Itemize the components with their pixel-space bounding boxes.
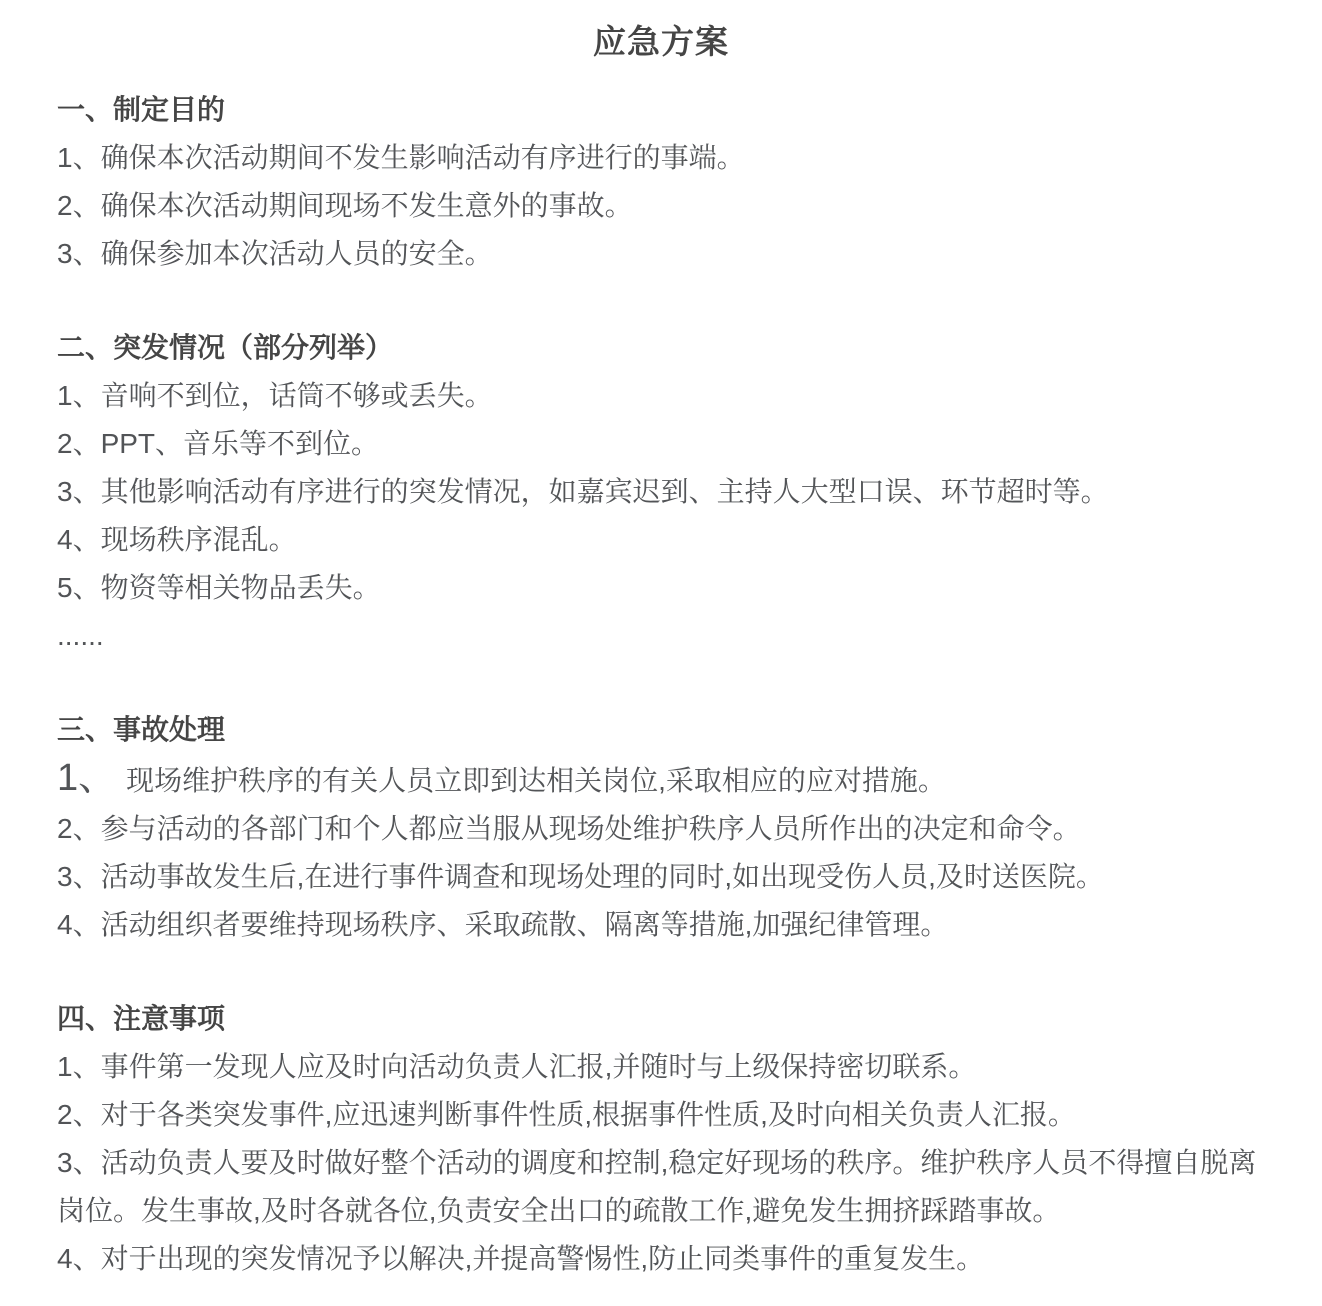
- section-accident-handling: 三、事故处理 1、现场维护秩序的有关人员立即到达相关岗位,采取相应的应对措施。 …: [57, 706, 1265, 949]
- list-item: 1、音响不到位，话筒不够或丢失。: [57, 372, 1265, 420]
- list-item: 2、确保本次活动期间现场不发生意外的事故。: [57, 182, 1265, 230]
- list-item: 3、活动负责人要及时做好整个活动的调度和控制,稳定好现场的秩序。维护秩序人员不得…: [57, 1139, 1265, 1235]
- list-item: 3、活动事故发生后,在进行事件调查和现场处理的同时,如出现受伤人员,及时送医院。: [57, 853, 1265, 901]
- section-precautions: 四、注意事项 1、事件第一发现人应及时向活动负责人汇报,并随时与上级保持密切联系…: [57, 995, 1265, 1283]
- list-item: 2、参与活动的各部门和个人都应当服从现场处维护秩序人员所作出的决定和命令。: [57, 805, 1265, 853]
- document: 应急方案 一、制定目的 1、确保本次活动期间不发生影响活动有序进行的事端。 2、…: [0, 0, 1322, 1306]
- doc-title: 应急方案: [57, 20, 1265, 64]
- list-item: 2、PPT、音乐等不到位。: [57, 420, 1265, 468]
- section-emergencies: 二、突发情况（部分列举） 1、音响不到位，话筒不够或丢失。 2、PPT、音乐等不…: [57, 324, 1265, 660]
- list-item: 3、其他影响活动有序进行的突发情况，如嘉宾迟到、主持人大型口误、环节超时等。: [57, 468, 1265, 516]
- section-purpose: 一、制定目的 1、确保本次活动期间不发生影响活动有序进行的事端。 2、确保本次活…: [57, 86, 1265, 278]
- list-item: 2、对于各类突发事件,应迅速判断事件性质,根据事件性质,及时向相关负责人汇报。: [57, 1091, 1265, 1139]
- item-number: 1、: [57, 757, 116, 799]
- section-emergencies-heading: 二、突发情况（部分列举）: [57, 324, 1265, 372]
- ellipsis-line: ......: [57, 612, 1265, 660]
- section-accident-handling-heading: 三、事故处理: [57, 706, 1265, 754]
- list-item: 4、现场秩序混乱。: [57, 516, 1265, 564]
- list-item: 1、事件第一发现人应及时向活动负责人汇报,并随时与上级保持密切联系。: [57, 1043, 1265, 1091]
- list-item: 1、现场维护秩序的有关人员立即到达相关岗位,采取相应的应对措施。: [57, 754, 1265, 805]
- list-item: 4、对于出现的突发情况予以解决,并提高警惕性,防止同类事件的重复发生。: [57, 1235, 1265, 1283]
- list-item: 5、物资等相关物品丢失。: [57, 564, 1265, 612]
- list-item: 4、活动组织者要维持现场秩序、采取疏散、隔离等措施,加强纪律管理。: [57, 901, 1265, 949]
- section-precautions-heading: 四、注意事项: [57, 995, 1265, 1043]
- list-item: 3、确保参加本次活动人员的安全。: [57, 230, 1265, 278]
- section-purpose-heading: 一、制定目的: [57, 86, 1265, 134]
- item-text: 现场维护秩序的有关人员立即到达相关岗位,采取相应的应对措施。: [126, 765, 946, 796]
- list-item: 1、确保本次活动期间不发生影响活动有序进行的事端。: [57, 134, 1265, 182]
